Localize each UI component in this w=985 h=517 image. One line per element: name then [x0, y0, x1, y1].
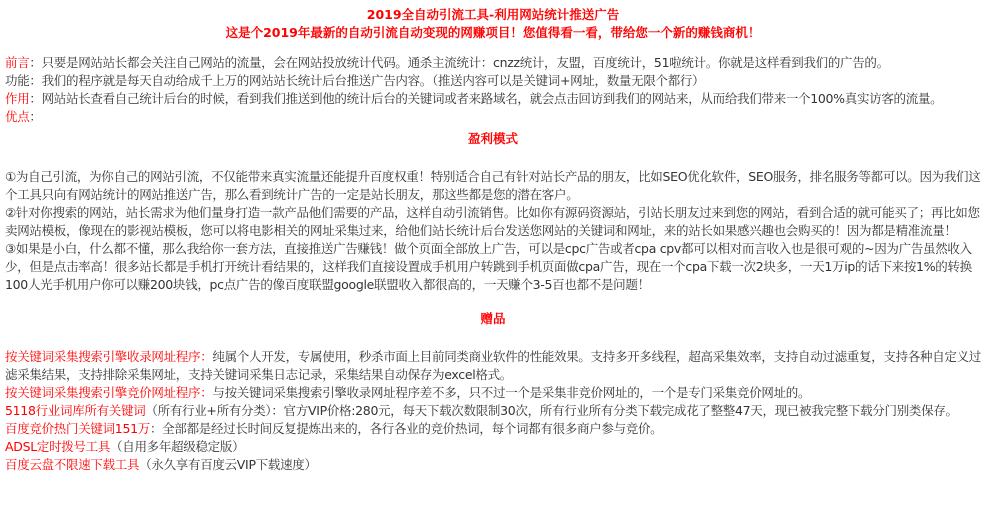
intro-text: 只要是网站站长都会关注自己网站的流量，会在网站投放统计代码。通杀主流统计：cnz…: [42, 55, 889, 70]
intro-section: 前言：只要是网站站长都会关注自己网站的流量，会在网站投放统计代码。通杀主流统计：…: [5, 54, 981, 126]
profit-item: ②针对你搜索的网站，站长需求为他们量身打造一款产品他们需要的产品，这样自动引流销…: [5, 204, 981, 240]
gift-name: ADSL定时拨号工具: [5, 439, 110, 454]
intro-label: 作用: [5, 91, 29, 106]
document-page: 2019全自动引流工具-利用网站统计推送广告 这是个2019年最新的自动引流自动…: [0, 0, 985, 474]
gifts-heading: 赠品: [5, 310, 981, 328]
gift-item: 百度竞价热门关键词151万：全部都是经过长时间反复提炼出来的，各行各业的竞价热词…: [5, 420, 981, 438]
profit-section: ①为自己引流，为你自己的网站引流，不仅能带来真实流量还能提升百度权重！特别适合自…: [5, 168, 981, 294]
intro-purpose: 作用：网站站长查看自己统计后台的时候，看到我们推送到他的统计后台的关键词或者来路…: [5, 90, 981, 108]
intro-preface: 前言：只要是网站站长都会关注自己网站的流量，会在网站投放统计代码。通杀主流统计：…: [5, 54, 981, 72]
page-title: 2019全自动引流工具-利用网站统计推送广告: [5, 6, 981, 24]
gift-name: 按关键词采集搜索引擎收录网址程序：: [5, 349, 212, 364]
gift-name: 5118行业词库所有关键词: [5, 403, 145, 418]
intro-text: 网站站长查看自己统计后台的时候，看到我们推送到他的统计后台的关键词或者来路域名，…: [42, 91, 943, 106]
gift-name: 百度云盘不限速下载工具: [5, 457, 139, 472]
gift-item: ADSL定时拨号工具（自用多年超级稳定版）: [5, 438, 981, 456]
spacer: [5, 42, 981, 54]
profit-item: ①为自己引流，为你自己的网站引流，不仅能带来真实流量还能提升百度权重！特别适合自…: [5, 168, 981, 204]
gift-desc: 与按关键词采集搜索引擎收录网址程序差不多，只不过一个是采集非竞价网址的，一个是专…: [212, 385, 810, 400]
intro-function: 功能：我们的程序就是每天自动给成千上万的网站站长统计后台推送广告内容。（推送内容…: [5, 72, 981, 90]
intro-text: 我们的程序就是每天自动给成千上万的网站站长统计后台推送广告内容。（推送内容可以是…: [42, 73, 705, 88]
gifts-section: 按关键词采集搜索引擎收录网址程序：纯属个人开发，专属使用，秒杀市面上目前同类商业…: [5, 348, 981, 474]
profit-item: ③如果是小白，什么都不懂，那么我给你一套方法，直接推送广告赚钱！做个页面全部放上…: [5, 240, 981, 294]
gift-item: 按关键词采集搜索引擎收录网址程序：纯属个人开发，专属使用，秒杀市面上目前同类商业…: [5, 348, 981, 384]
gift-desc: （永久享有百度云VIP下载速度）: [139, 457, 316, 472]
page-subtitle: 这是个2019年最新的自动引流自动变现的网赚项目！您值得看一看，带给您一个新的赚…: [5, 24, 981, 42]
gift-desc: （所有行业+所有分类）：官方VIP价格:280元，每天下载次数限制30次，所有行…: [145, 403, 957, 418]
profit-heading: 盈利模式: [5, 130, 981, 148]
gift-item: 按关键词采集搜索引擎竞价网址程序：与按关键词采集搜索引擎收录网址程序差不多，只不…: [5, 384, 981, 402]
gift-item: 百度云盘不限速下载工具（永久享有百度云VIP下载速度）: [5, 456, 981, 474]
gift-desc: ：全部都是经过长时间反复提炼出来的，各行各业的竞价热词，每个词都有很多商户参与竞…: [150, 421, 662, 436]
gift-name: 按关键词采集搜索引擎竞价网址程序：: [5, 385, 212, 400]
intro-label: 优点: [5, 109, 29, 124]
intro-label: 前言: [5, 55, 29, 70]
gift-item: 5118行业词库所有关键词（所有行业+所有分类）：官方VIP价格:280元，每天…: [5, 402, 981, 420]
intro-advantages: 优点：: [5, 108, 981, 126]
intro-label: 功能: [5, 73, 29, 88]
gift-desc: （自用多年超级稳定版）: [110, 439, 244, 454]
gift-name: 百度竞价热门关键词151万: [5, 421, 150, 436]
